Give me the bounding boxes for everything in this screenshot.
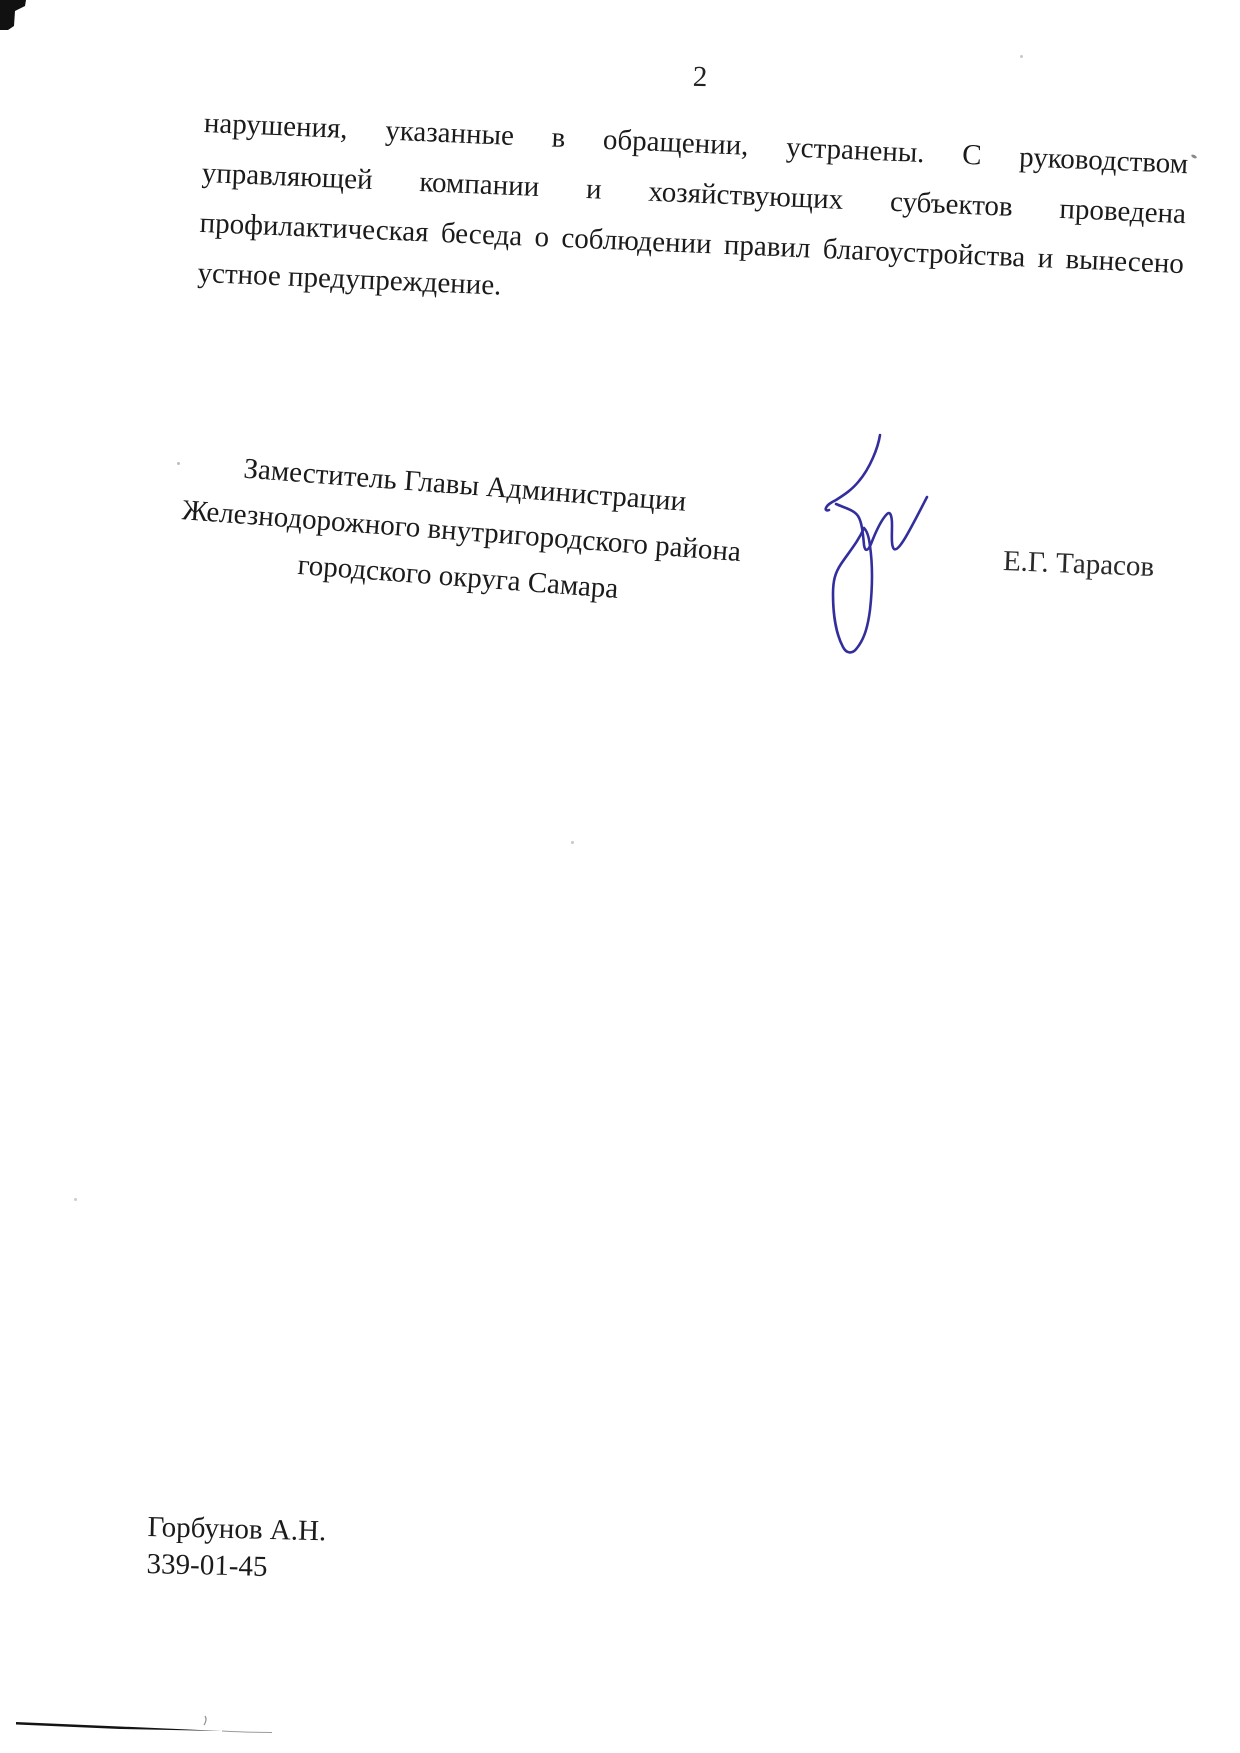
scanned-letter-page: 2 нарушения, указанные в обращении, устр… [0,0,1240,1753]
scan-speck [74,1198,77,1201]
executor-phone: 339-01-45 [146,1546,326,1587]
scan-smudge-top-left-icon [0,0,30,32]
signee-name: Е.Г. Тарасов [1002,544,1155,584]
executor-name: Горбунов А.Н. [147,1509,327,1550]
page-number: 2 [640,60,761,96]
scan-speck [1020,55,1023,58]
body-paragraph: нарушения, указанные в обращении, устран… [197,98,1190,339]
executor-block: Горбунов А.Н. 339-01-45 [146,1509,326,1587]
scan-speck [177,462,180,465]
scan-speck [1191,154,1198,159]
scan-speck [571,841,574,844]
handwritten-signature [812,418,962,668]
signatory-title-block: Заместитель Главы Администрации Железнод… [160,440,764,622]
scan-streak-bottom-left-icon [0,1705,300,1750]
